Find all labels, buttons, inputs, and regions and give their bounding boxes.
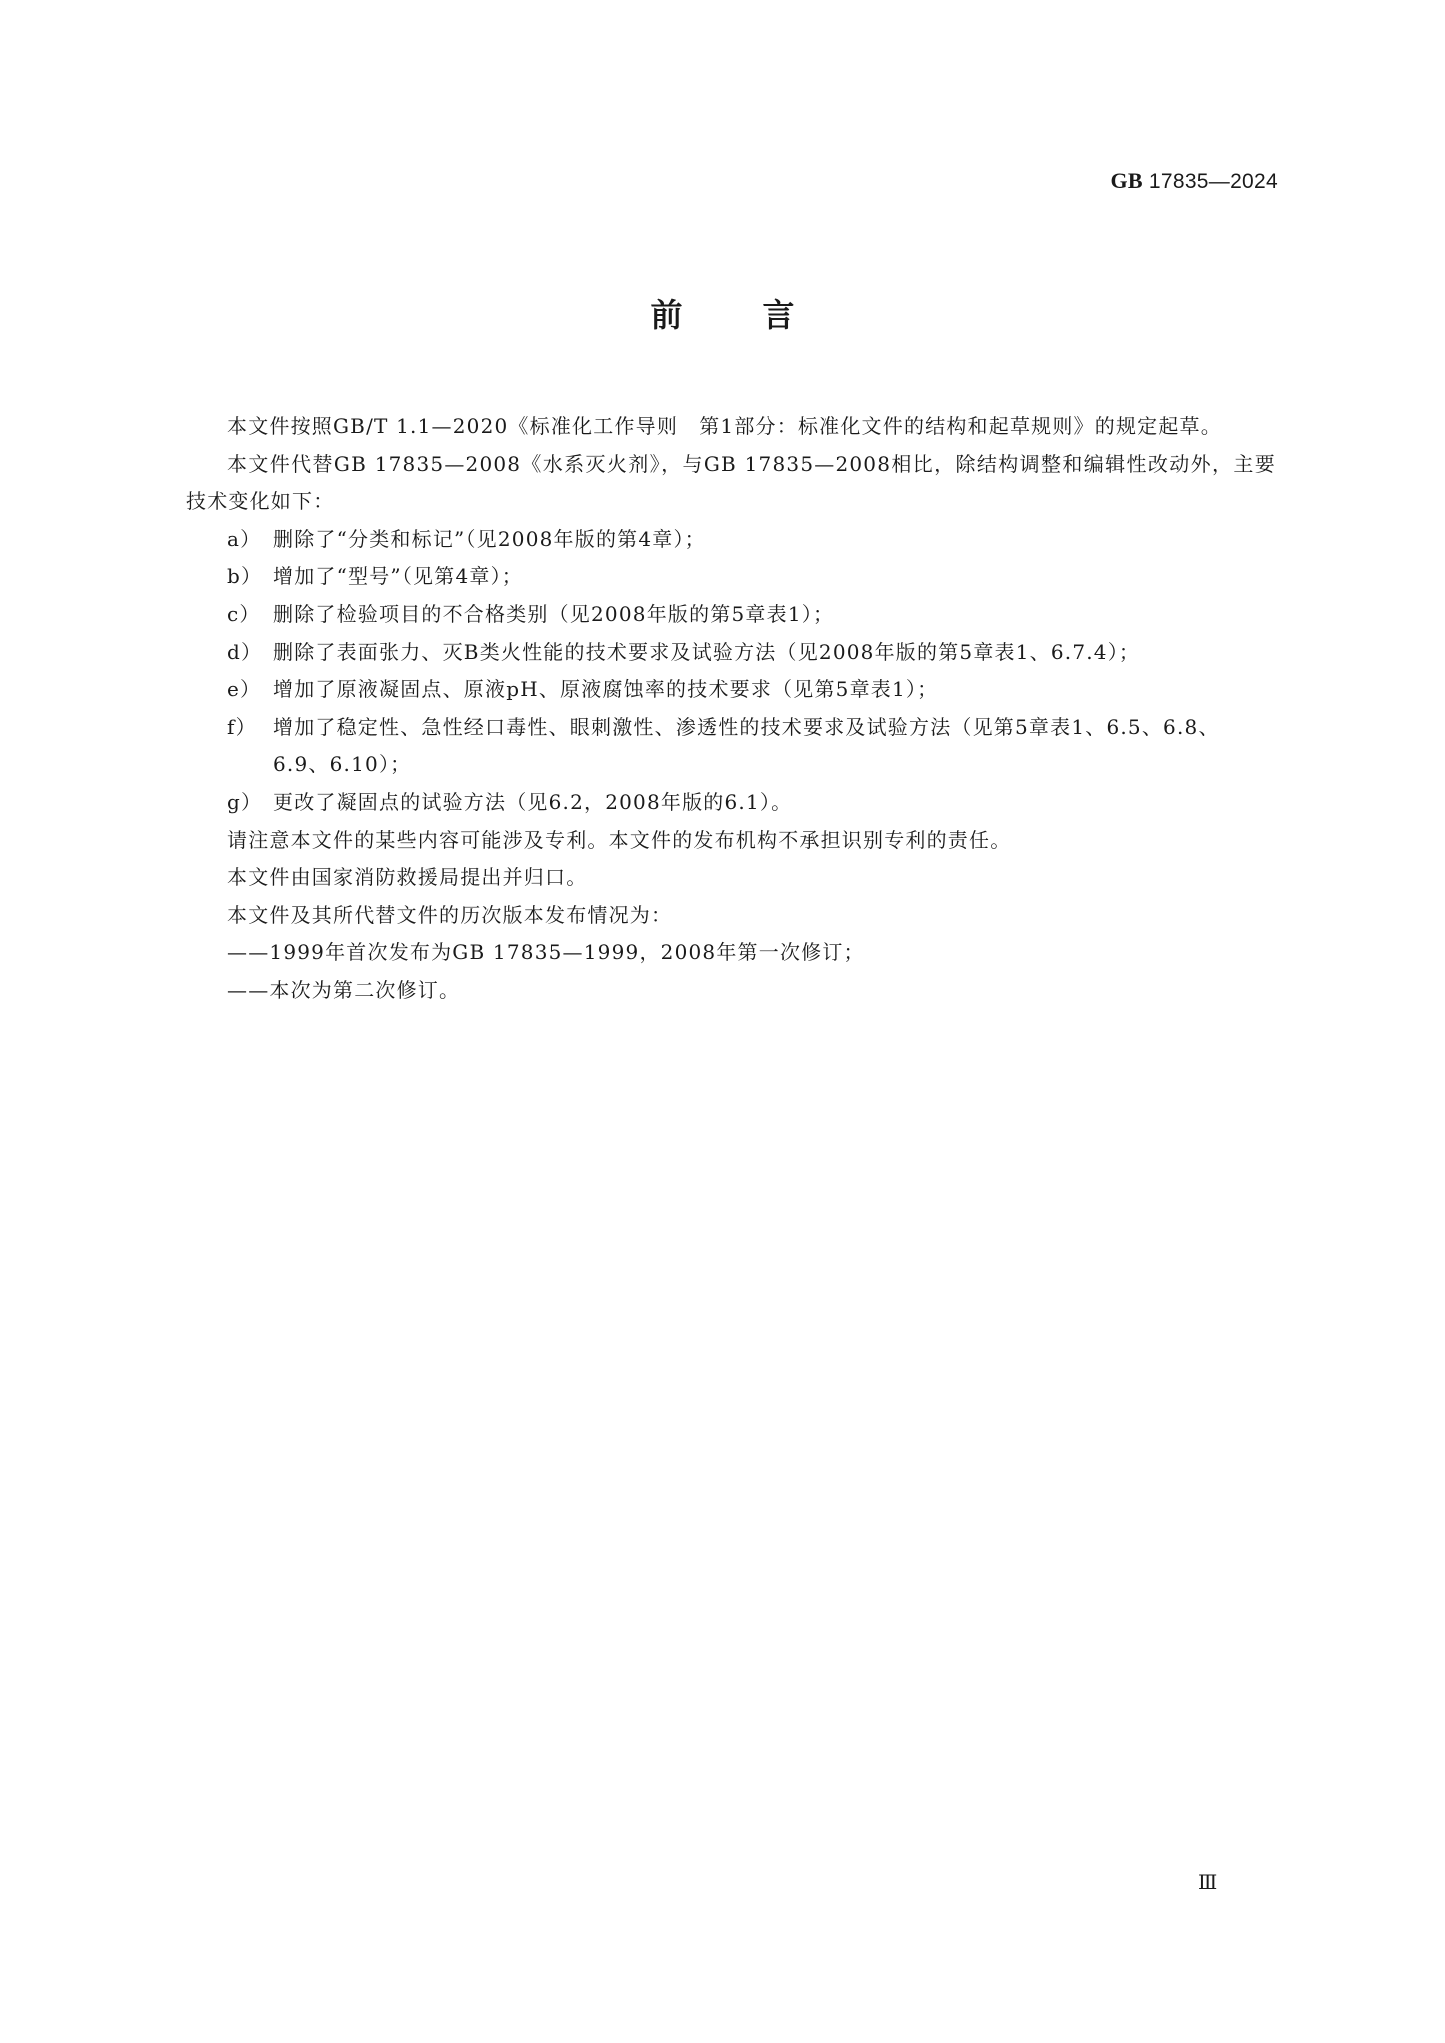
list-item-text: 增加了“型号”（见第4章）； <box>273 558 1276 596</box>
patent-notice: 请注意本文件的某些内容可能涉及专利。本文件的发布机构不承担识别专利的责任。 <box>186 822 1276 860</box>
list-item-text: 删除了“分类和标记”（见2008年版的第4章）； <box>273 521 1276 559</box>
page-number: Ⅲ <box>1198 1870 1217 1894</box>
change-item-d: d） 删除了表面张力、灭B类火性能的技术要求及试验方法（见2008年版的第5章表… <box>186 634 1276 672</box>
change-item-c: c） 删除了检验项目的不合格类别（见2008年版的第5章表1）； <box>186 596 1276 634</box>
history-entry-2: ——本次为第二次修订。 <box>186 972 1276 1010</box>
history-intro: 本文件及其所代替文件的历次版本发布情况为： <box>186 897 1276 935</box>
list-item-text: 删除了检验项目的不合格类别（见2008年版的第5章表1）； <box>273 596 1276 634</box>
list-marker: c） <box>227 596 273 634</box>
standard-prefix: GB <box>1110 168 1142 193</box>
change-item-f: f） 增加了稳定性、急性经口毒性、眼刺激性、渗透性的技术要求及试验方法（见第5章… <box>186 709 1276 784</box>
page-title: 前言 <box>0 290 1445 336</box>
foreword-body: 本文件按照GB/T 1.1—2020《标准化工作导则 第1部分：标准化文件的结构… <box>186 408 1276 1010</box>
list-marker: b） <box>227 558 273 596</box>
title-char-2: 言 <box>763 290 795 336</box>
standard-code-header: GB17835—2024 <box>1110 168 1278 194</box>
title-char-1: 前 <box>650 290 682 336</box>
list-marker: a） <box>227 521 273 559</box>
list-marker: g） <box>227 784 273 822</box>
paragraph-drafting-rules: 本文件按照GB/T 1.1—2020《标准化工作导则 第1部分：标准化文件的结构… <box>186 408 1276 446</box>
list-marker: e） <box>227 671 273 709</box>
paragraph-replacement: 本文件代替GB 17835—2008《水系灭火剂》，与GB 17835—2008… <box>186 446 1276 521</box>
change-item-a: a） 删除了“分类和标记”（见2008年版的第4章）； <box>186 521 1276 559</box>
list-item-text: 更改了凝固点的试验方法（见6.2，2008年版的6.1）。 <box>273 784 1276 822</box>
list-item-text: 增加了原液凝固点、原液pH、原液腐蚀率的技术要求（见第5章表1）； <box>273 671 1276 709</box>
standard-number: 17835—2024 <box>1149 170 1278 193</box>
list-item-text: 增加了稳定性、急性经口毒性、眼刺激性、渗透性的技术要求及试验方法（见第5章表1、… <box>273 709 1276 784</box>
list-item-text: 删除了表面张力、灭B类火性能的技术要求及试验方法（见2008年版的第5章表1、6… <box>273 634 1276 672</box>
change-item-g: g） 更改了凝固点的试验方法（见6.2，2008年版的6.1）。 <box>186 784 1276 822</box>
change-item-e: e） 增加了原液凝固点、原液pH、原液腐蚀率的技术要求（见第5章表1）； <box>186 671 1276 709</box>
history-entry-1: ——1999年首次发布为GB 17835—1999，2008年第一次修订； <box>186 934 1276 972</box>
proposer-statement: 本文件由国家消防救援局提出并归口。 <box>186 859 1276 897</box>
change-item-b: b） 增加了“型号”（见第4章）； <box>186 558 1276 596</box>
list-marker: f） <box>227 709 273 784</box>
list-marker: d） <box>227 634 273 672</box>
